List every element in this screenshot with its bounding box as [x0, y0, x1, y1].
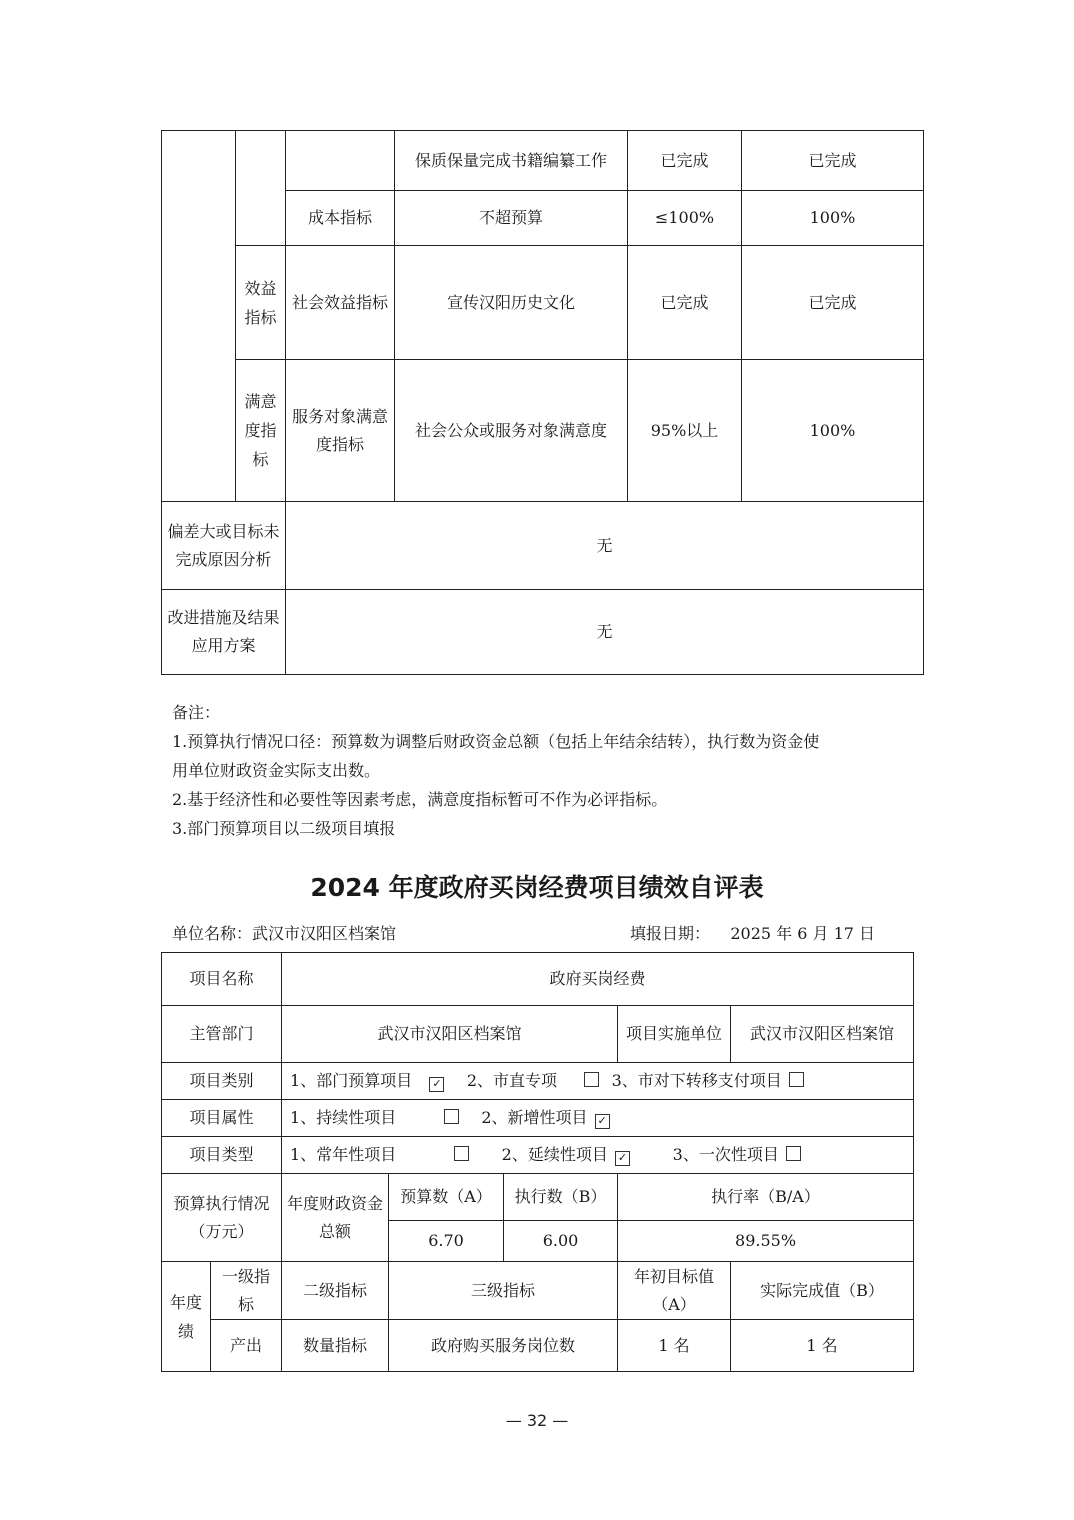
fill-date: 填报日期： 2025 年 6 月 17 日 [630, 921, 875, 944]
improvement-value: 无 [286, 590, 924, 675]
level2-cell: 社会效益指标 [286, 246, 395, 360]
target-cell: 95%以上 [628, 360, 742, 502]
level3-cell: 不超预算 [395, 191, 628, 246]
category-options: 1、部门预算项目 ✓ 2、市直专项 3、市对下转移支付项目 [282, 1063, 914, 1100]
note-line: 1.预算执行情况口径：预算数为调整后财政资金总额（包括上年结余结转），执行数为资… [172, 727, 922, 756]
budget-value: 6.70 [389, 1221, 504, 1262]
perf-header: 年初目标值（A） [618, 1262, 731, 1320]
checkbox-unchecked-icon[interactable] [584, 1072, 599, 1087]
level3-cell: 社会公众或服务对象满意度 [395, 360, 628, 502]
notes-section: 备注： 1.预算执行情况口径：预算数为调整后财政资金总额（包括上年结余结转），执… [172, 698, 922, 843]
perf-header: 二级指标 [282, 1262, 389, 1320]
attribute-options: 1、持续性项目 2、新增性项目 ✓ [282, 1100, 914, 1137]
dept-label: 主管部门 [162, 1006, 282, 1063]
option-label: 1、部门预算项目 [290, 1071, 412, 1090]
budget-value: 6.00 [504, 1221, 618, 1262]
level3-cell: 宣传汉阳历史文化 [395, 246, 628, 360]
budget-value: 89.55% [618, 1221, 914, 1262]
checkbox-unchecked-icon[interactable] [789, 1072, 804, 1087]
option-label: 2、新增性项目 [481, 1108, 587, 1127]
self-evaluation-table: 项目名称 政府买岗经费 主管部门 武汉市汉阳区档案馆 项目实施单位 武汉市汉阳区… [161, 952, 914, 1372]
note-line: 2.基于经济性和必要性等因素考虑，满意度指标暂可不作为必评指标。 [172, 785, 922, 814]
form-meta: 单位名称：武汉市汉阳区档案馆 填报日期： 2025 年 6 月 17 日 [172, 921, 902, 944]
perf-header: 实际完成值（B） [731, 1262, 914, 1320]
option-label: 3、一次性项目 [673, 1145, 779, 1164]
deviation-value: 无 [286, 502, 924, 590]
actual-cell: 100% [742, 360, 924, 502]
budget-header: 执行数（B） [504, 1174, 618, 1221]
perf-cell: 1 名 [618, 1320, 731, 1372]
budget-sub-label: 年度财政资金总额 [282, 1174, 389, 1262]
actual-cell: 已完成 [742, 246, 924, 360]
dept-value: 武汉市汉阳区档案馆 [282, 1006, 618, 1063]
note-line: 3.部门预算项目以二级项目填报 [172, 814, 922, 843]
page-number: — 32 — [0, 1411, 1074, 1430]
note-line: 用单位财政资金实际支出数。 [172, 756, 922, 785]
impl-unit-label: 项目实施单位 [618, 1006, 731, 1063]
target-cell: ≤100% [628, 191, 742, 246]
perf-header: 一级指标 [211, 1262, 282, 1320]
level2-cell: 成本指标 [286, 191, 395, 246]
project-name-label: 项目名称 [162, 953, 282, 1006]
level1-cell: 效益指标 [236, 246, 286, 360]
perf-cell: 数量指标 [282, 1320, 389, 1372]
option-label: 1、持续性项目 [290, 1108, 396, 1127]
checkbox-checked-icon[interactable]: ✓ [429, 1077, 444, 1092]
perf-label: 年度绩 [162, 1262, 211, 1372]
option-label: 1、常年性项目 [290, 1145, 396, 1164]
actual-cell: 已完成 [742, 131, 924, 191]
level1-cell: 满意度指标 [236, 360, 286, 502]
level2-cell [286, 131, 395, 191]
type-label: 项目类型 [162, 1137, 282, 1174]
checkbox-checked-icon[interactable]: ✓ [615, 1151, 630, 1166]
target-cell: 已完成 [628, 131, 742, 191]
deviation-label: 偏差大或目标未完成原因分析 [162, 502, 286, 590]
perf-cell: 政府购买服务岗位数 [389, 1320, 618, 1372]
improvement-label: 改进措施及结果应用方案 [162, 590, 286, 675]
target-cell: 已完成 [628, 246, 742, 360]
perf-cell: 1 名 [731, 1320, 914, 1372]
project-name-value: 政府买岗经费 [282, 953, 914, 1006]
option-label: 3、市对下转移支付项目 [612, 1071, 782, 1090]
attribute-label: 项目属性 [162, 1100, 282, 1137]
checkbox-checked-icon[interactable]: ✓ [595, 1114, 610, 1129]
category-label: 项目类别 [162, 1063, 282, 1100]
performance-table-continued: 保质保量完成书籍编纂工作 已完成 已完成 成本指标 不超预算 ≤100% 100… [161, 130, 924, 675]
impl-unit-value: 武汉市汉阳区档案馆 [731, 1006, 914, 1063]
actual-cell: 100% [742, 191, 924, 246]
level2-cell: 服务对象满意度指标 [286, 360, 395, 502]
checkbox-unchecked-icon[interactable] [454, 1146, 469, 1161]
checkbox-unchecked-icon[interactable] [786, 1146, 801, 1161]
form-title: 2024 年度政府买岗经费项目绩效自评表 [0, 868, 1074, 904]
budget-label: 预算执行情况（万元） [162, 1174, 282, 1262]
level3-cell: 保质保量完成书籍编纂工作 [395, 131, 628, 191]
type-options: 1、常年性项目 2、延续性项目 ✓ 3、一次性项目 [282, 1137, 914, 1174]
perf-cell: 产出 [211, 1320, 282, 1372]
level0-cell [162, 131, 236, 502]
option-label: 2、市直专项 [467, 1071, 557, 1090]
unit-name: 单位名称：武汉市汉阳区档案馆 [172, 924, 396, 943]
option-label: 2、延续性项目 [502, 1145, 608, 1164]
budget-header: 预算数（A） [389, 1174, 504, 1221]
perf-header: 三级指标 [389, 1262, 618, 1320]
notes-heading: 备注： [172, 698, 922, 727]
budget-header: 执行率（B/A） [618, 1174, 914, 1221]
checkbox-unchecked-icon[interactable] [444, 1109, 459, 1124]
level1-cell [236, 131, 286, 246]
